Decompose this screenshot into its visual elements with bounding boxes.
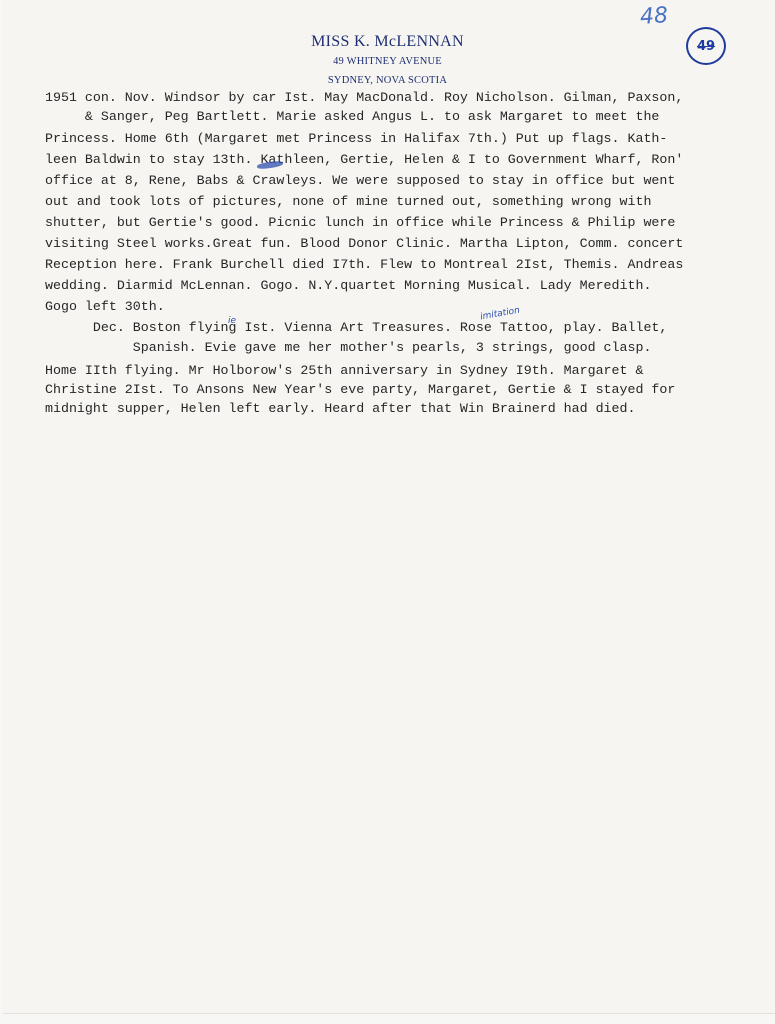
- text-line: Reception here. Frank Burchell died I7th…: [45, 255, 683, 275]
- text-line: Christine 2Ist. To Ansons New Year's eve…: [45, 380, 675, 400]
- text-line: Dec. Boston flying Ist. Vienna Art Treas…: [45, 318, 667, 338]
- text-line: shutter, but Gertie's good. Picnic lunch…: [45, 213, 675, 233]
- text-line: wedding. Diarmid McLennan. Gogo. N.Y.qua…: [45, 276, 651, 296]
- text-line: Princess. Home 6th (Margaret met Princes…: [45, 129, 667, 149]
- text-line: midnight supper, Helen left early. Heard…: [45, 399, 635, 419]
- text-line: leen Baldwin to stay 13th. Kathleen, Ger…: [45, 150, 683, 170]
- text-line: Home IIth flying. Mr Holborow's 25th ann…: [45, 361, 643, 381]
- text-line: Spanish. Evie gave me her mother's pearl…: [45, 338, 651, 358]
- typed-diary-text: 1951 con. Nov. Windsor by car Ist. May M…: [45, 88, 775, 343]
- letterhead-name: MISS K. McLENNAN: [0, 32, 775, 52]
- text-line: visiting Steel works.Great fun. Blood Do…: [45, 234, 683, 254]
- text-line: 1951 con. Nov. Windsor by car Ist. May M…: [45, 88, 683, 108]
- text-line: Gogo left 30th.: [45, 297, 165, 317]
- letterhead: MISS K. McLENNAN 49 WHITNEY AVENUE SYDNE…: [0, 32, 775, 90]
- text-line: office at 8, Rene, Babs & Crawleys. We w…: [45, 171, 675, 191]
- handwritten-page-number: 48: [639, 3, 669, 30]
- text-line: out and took lots of pictures, none of m…: [45, 192, 651, 212]
- circled-page-number: 49: [686, 27, 726, 65]
- handwritten-correction: ie: [228, 316, 236, 326]
- text-line: & Sanger, Peg Bartlett. Marie asked Angu…: [45, 107, 659, 127]
- letterhead-street: 49 WHITNEY AVENUE: [0, 52, 775, 71]
